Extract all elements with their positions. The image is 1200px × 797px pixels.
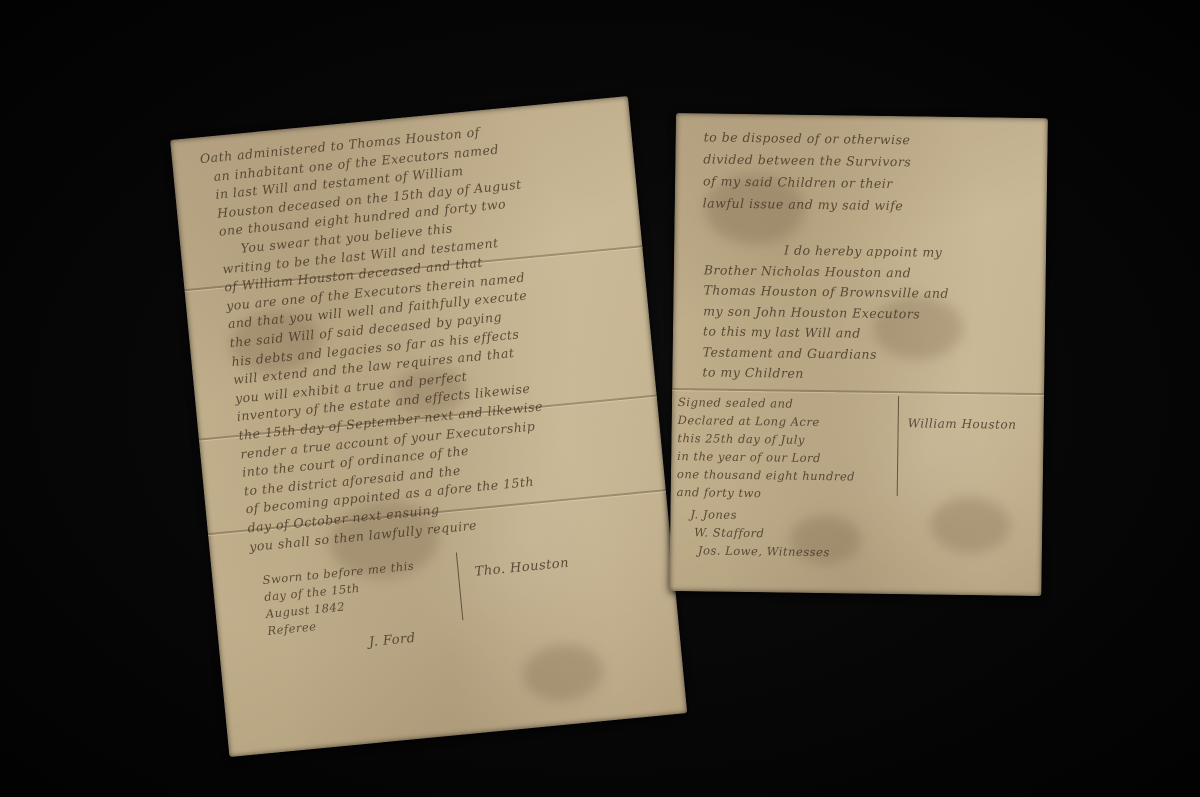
witness-line: Jos. Lowe, Witnesses bbox=[698, 543, 830, 559]
witness-line: J. Jones bbox=[690, 507, 737, 522]
signature: Tho. Houston bbox=[474, 556, 570, 580]
handwriting-line: Testament and Guardians bbox=[703, 344, 878, 361]
stain bbox=[520, 641, 605, 704]
oath-line: Referee bbox=[267, 619, 317, 638]
handwriting-line: to this my last Will and bbox=[703, 323, 861, 340]
stain bbox=[930, 497, 1011, 554]
signed-line: Declared at Long Acre bbox=[678, 413, 820, 429]
signed-line: and forty two bbox=[677, 485, 762, 500]
handwriting-line: to my Children bbox=[702, 364, 804, 380]
testator-signature: William Houston bbox=[908, 416, 1017, 432]
signature-bracket bbox=[897, 396, 899, 496]
fold-crease bbox=[672, 388, 1044, 395]
right-document: to be disposed of or otherwisedivided be… bbox=[669, 113, 1048, 596]
handwriting-line: lawful issue and my said wife bbox=[703, 195, 904, 213]
witness-line: W. Stafford bbox=[694, 525, 764, 540]
signed-line: in the year of our Lord bbox=[677, 449, 821, 465]
signed-line: this 25th day of July bbox=[677, 431, 805, 447]
handwriting-line: of my said Children or their bbox=[703, 173, 893, 191]
handwriting-line: to be disposed of or otherwise bbox=[704, 129, 911, 147]
signed-line: Signed sealed and bbox=[678, 395, 794, 411]
signed-line: one thousand eight hundred bbox=[677, 467, 855, 483]
handwriting-line: Brother Nicholas Houston and bbox=[704, 262, 912, 280]
clerk-signature: J. Ford bbox=[368, 631, 416, 650]
handwriting-line: divided between the Survivors bbox=[703, 151, 911, 169]
handwriting-line: Thomas Houston of Brownsville and bbox=[703, 282, 949, 300]
left-document: Oath administered to Thomas Houston ofan… bbox=[170, 96, 687, 757]
handwriting-line: my son John Houston Executors bbox=[703, 303, 920, 321]
oath-bracket bbox=[456, 552, 464, 620]
handwriting-line: I do hereby appoint my bbox=[784, 243, 942, 260]
